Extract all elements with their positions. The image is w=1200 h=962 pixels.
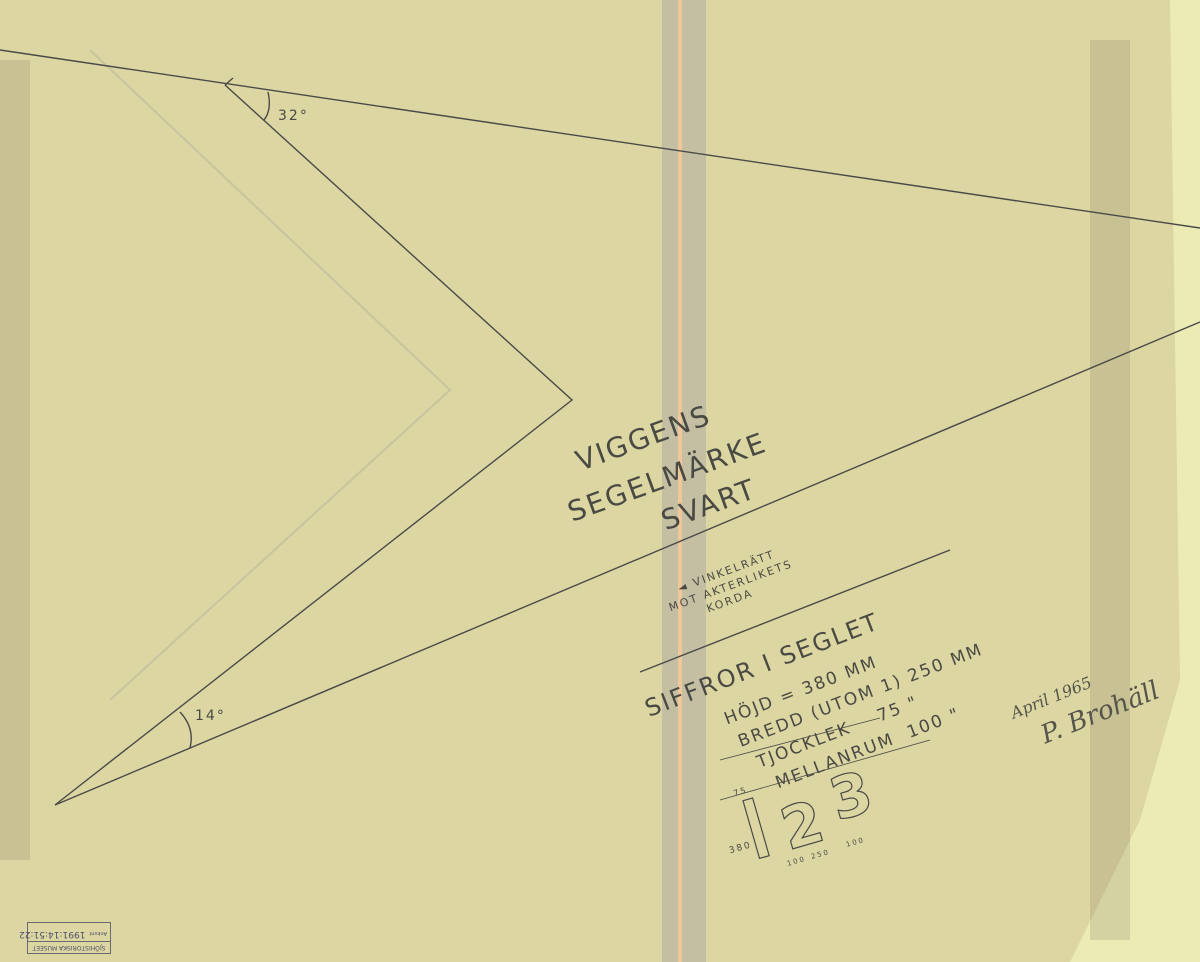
angle-bottom-label: 14° [195, 708, 226, 724]
digit-3-outline: 3 [822, 758, 880, 834]
stamp-museum: SJÖHISTORISKA MUSEET [28, 941, 110, 953]
paper-edge [1070, 0, 1200, 962]
angle-top-label: 32° [278, 108, 309, 124]
stamp-number: Ankvnt1991:14:51:22 [28, 927, 110, 941]
drawing-canvas: 32° 14° VIGGENS SEGELMÄRKE SVART ◄ VINKE… [0, 0, 1200, 962]
dim-height: 380 [728, 840, 753, 856]
dim-gap2: 100 [845, 836, 866, 849]
dim-gap1: 100 [786, 855, 807, 868]
drawing-sheet: 32° 14° VIGGENS SEGELMÄRKE SVART ◄ VINKE… [0, 0, 1200, 962]
bleed-through [0, 40, 1130, 940]
pennant-outline [0, 50, 1200, 805]
museum-stamp: SJÖHISTORISKA MUSEET Ankvnt1991:14:51:22 [27, 922, 111, 954]
dim-thickness: 75 [732, 785, 748, 798]
